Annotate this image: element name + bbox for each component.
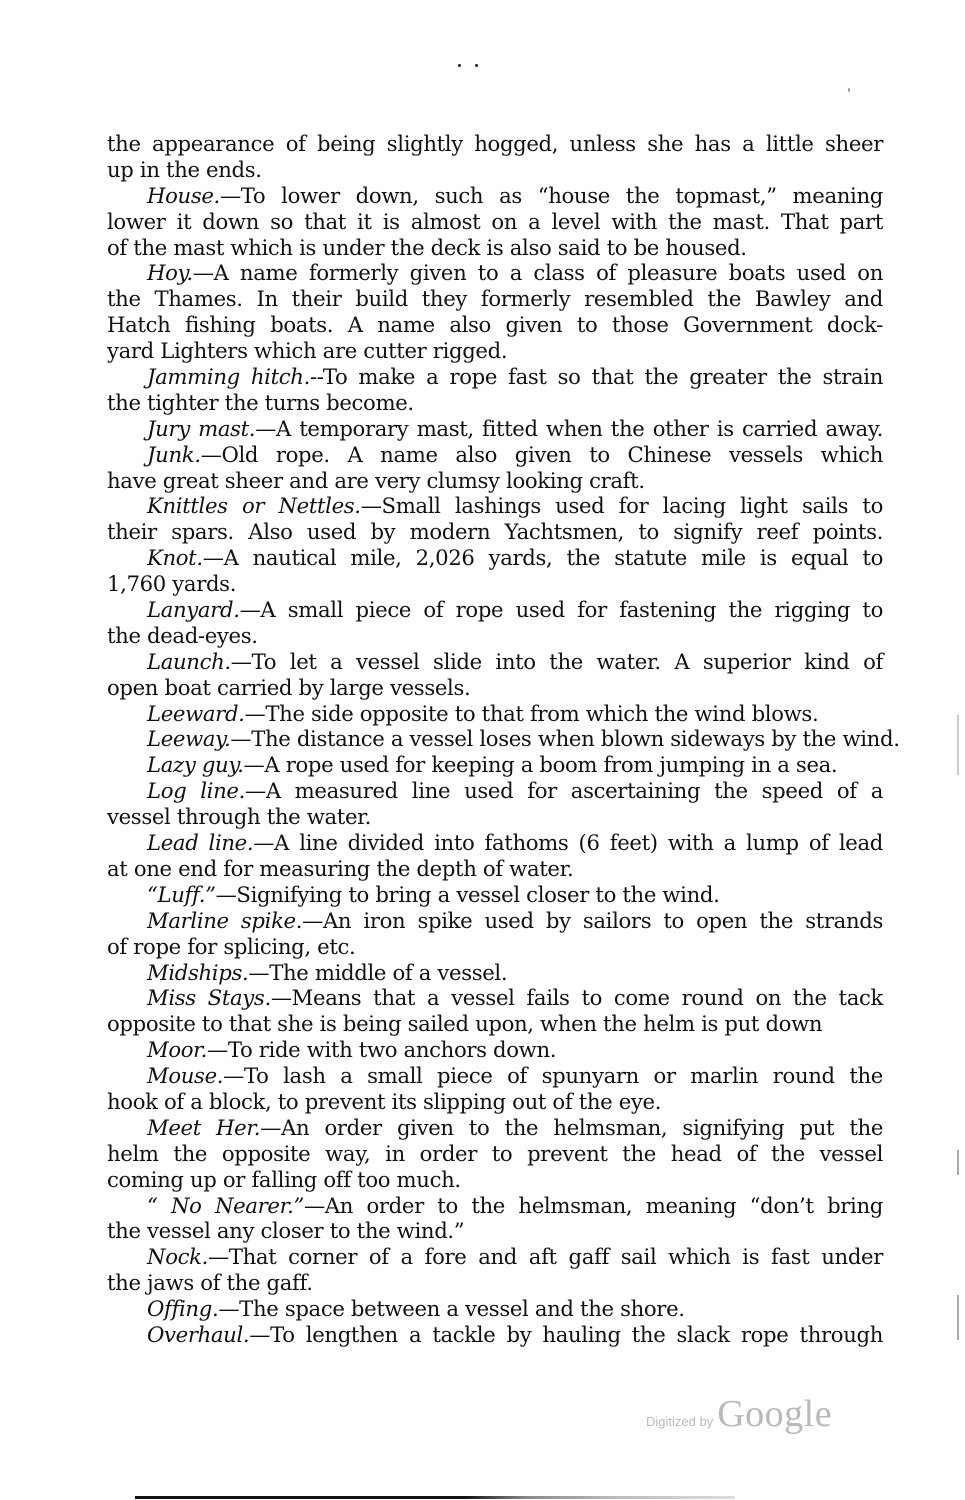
glossary-term: Jury mast. [147, 416, 255, 441]
glossary-term: Knot. [147, 545, 203, 570]
glossary-entry-line: Knittles or Nettles.—Small lashings used… [107, 493, 883, 519]
glossary-definition-text: —A measured line used for ascertaining t… [245, 778, 883, 803]
glossary-entry-line: Marline spike.—An iron spike used by sai… [107, 908, 883, 934]
glossary-definition-text: —An order given to the helmsman, signify… [260, 1115, 883, 1140]
glossary-entry-line: Moor.—To ride with two anchors down. [107, 1037, 883, 1063]
glossary-entry-line: Leeward.—The side opposite to that from … [107, 701, 883, 727]
glossary-continuation-line: have great sheer and are very clumsy loo… [107, 468, 883, 494]
glossary-entry-line: Meet Her.—An order given to the helmsman… [107, 1115, 883, 1141]
glossary-entry-line: Log line.—A measured line used for ascer… [107, 778, 883, 804]
glossary-definition-text: up in the ends. [107, 157, 262, 182]
glossary-term: Lazy guy. [147, 752, 244, 777]
glossary-term: Lead line. [147, 830, 253, 855]
glossary-continuation-line: their spars. Also used by modern Yachtsm… [107, 519, 883, 545]
glossary-term: Nock. [147, 1244, 208, 1269]
glossary-definition-text: hook of a block, to prevent its slipping… [107, 1089, 661, 1114]
glossary-definition-text: opposite to that she is being sailed upo… [107, 1011, 822, 1036]
glossary-entry-line: Offing.—The space between a vessel and t… [107, 1296, 883, 1322]
glossary-definition-text: —The middle of a vessel. [248, 960, 507, 985]
glossary-definition-text: —A temporary mast, fitted when the other… [255, 416, 883, 441]
glossary-definition-text: the jaws of the gaff. [107, 1270, 313, 1295]
glossary-term: Hoy. [147, 260, 193, 285]
glossary-definition-text: of rope for splicing, etc. [107, 934, 355, 959]
glossary-term: Knittles or Nettles. [147, 493, 361, 518]
glossary-entry-line: Miss Stays.—Means that a vessel fails to… [107, 985, 883, 1011]
glossary-definition-text: the appearance of being slightly hogged,… [107, 131, 883, 156]
glossary-definition-text: the dead-eyes. [107, 623, 258, 648]
glossary-term: Leeward. [147, 701, 245, 726]
glossary-term: Junk. [147, 442, 201, 467]
glossary-definition-text: of the mast which is under the deck is a… [107, 235, 747, 260]
glossary-definition-text: —Means that a vessel fails to come round… [271, 985, 883, 1010]
glossary-continuation-line: hook of a block, to prevent its slipping… [107, 1089, 883, 1115]
glossary-definition-text: Hatch fishing boats. A name also given t… [107, 312, 883, 337]
glossary-continuation-line: of the mast which is under the deck is a… [107, 235, 883, 261]
glossary-entry-line: Jamming hitch.--To make a rope fast so t… [107, 364, 883, 390]
glossary-definition-text: --To make a rope fast so that the greate… [310, 364, 883, 389]
glossary-continuation-line: up in the ends. [107, 157, 883, 183]
glossary-definition-text: —To lash a small piece of spunyarn or ma… [223, 1063, 883, 1088]
glossary-text: the appearance of being slightly hogged,… [107, 131, 883, 1348]
glossary-continuation-line: helm the opposite way, in order to preve… [107, 1141, 883, 1167]
bottom-scan-rule [135, 1496, 735, 1499]
glossary-entry-line: Lanyard.—A small piece of rope used for … [107, 597, 883, 623]
glossary-definition-text: coming up or falling off too much. [107, 1167, 461, 1192]
glossary-entry-line: Hoy.—A name formerly given to a class of… [107, 260, 883, 286]
glossary-definition-text: vessel through the water. [107, 804, 371, 829]
glossary-definition-text: the Thames. In their build they formerly… [107, 286, 883, 311]
glossary-entry-line: Overhaul.—To lengthen a tackle by haulin… [107, 1322, 883, 1348]
glossary-definition-text: have great sheer and are very clumsy loo… [107, 468, 645, 493]
digitized-by-google-watermark: Digitized by Google [646, 1392, 832, 1436]
glossary-definition-text: —A small piece of rope used for fastenin… [240, 597, 883, 622]
glossary-definition-text: —Signifying to bring a vessel closer to … [216, 882, 720, 907]
scan-speck [475, 64, 478, 67]
glossary-definition-text: at one end for measuring the depth of wa… [107, 856, 573, 881]
glossary-continuation-line: the tighter the turns become. [107, 390, 883, 416]
glossary-continuation-line: lower it down so that it is almost on a … [107, 209, 883, 235]
glossary-definition-text: the tighter the turns become. [107, 390, 414, 415]
glossary-entry-line: Knot.—A nautical mile, 2,026 yards, the … [107, 545, 883, 571]
watermark-prefix: Digitized by [646, 1414, 713, 1429]
glossary-definition-text: helm the opposite way, in order to preve… [107, 1141, 883, 1166]
scan-speck [848, 88, 850, 92]
glossary-term: Launch. [147, 649, 231, 674]
glossary-continuation-line: opposite to that she is being sailed upo… [107, 1011, 883, 1037]
glossary-term: Jamming hitch. [147, 364, 310, 389]
glossary-definition-text: 1,760 yards. [107, 571, 236, 596]
glossary-definition-text: —The space between a vessel and the shor… [218, 1296, 684, 1321]
glossary-definition-text: —An order to the helmsman, meaning “don’… [304, 1193, 883, 1218]
glossary-entry-line: Midships.—The middle of a vessel. [107, 960, 883, 986]
glossary-term: “ No Nearer.” [147, 1193, 304, 1218]
glossary-continuation-line: the Thames. In their build they formerly… [107, 286, 883, 312]
glossary-continuation-line: the vessel any closer to the wind.” [107, 1218, 883, 1244]
glossary-term: Overhaul. [147, 1322, 249, 1347]
glossary-definition-text: —A line divided into fathoms (6 feet) wi… [253, 830, 883, 855]
glossary-continuation-line: of rope for splicing, etc. [107, 934, 883, 960]
glossary-term: Log line. [147, 778, 245, 803]
glossary-continuation-line: Hatch fishing boats. A name also given t… [107, 312, 883, 338]
glossary-term: Midships. [147, 960, 248, 985]
scan-speck [458, 64, 461, 67]
glossary-entry-line: Jury mast.—A temporary mast, fitted when… [107, 416, 883, 442]
glossary-term: Marline spike. [147, 908, 302, 933]
glossary-entry-line: Lead line.—A line divided into fathoms (… [107, 830, 883, 856]
glossary-entry-line: Junk.—Old rope. A name also given to Chi… [107, 442, 883, 468]
glossary-entry-line: House.—To lower down, such as “house the… [107, 183, 883, 209]
glossary-definition-text: the vessel any closer to the wind.” [107, 1218, 464, 1243]
page-edge-mark [957, 1295, 959, 1340]
glossary-term: Moor. [147, 1037, 207, 1062]
glossary-term: Miss Stays. [147, 985, 271, 1010]
glossary-definition-text: —That corner of a fore and aft gaff sail… [208, 1244, 883, 1269]
glossary-continuation-line: yard Lighters which are cutter rigged. [107, 338, 883, 364]
glossary-definition-text: —A nautical mile, 2,026 yards, the statu… [203, 545, 883, 570]
glossary-entry-line: “ No Nearer.”—An order to the helmsman, … [107, 1193, 883, 1219]
glossary-entry-line: Mouse.—To lash a small piece of spunyarn… [107, 1063, 883, 1089]
glossary-entry-line: Launch.—To let a vessel slide into the w… [107, 649, 883, 675]
glossary-definition-text: —Old rope. A name also given to Chinese … [201, 442, 883, 467]
glossary-continuation-line: 1,760 yards. [107, 571, 883, 597]
glossary-definition-text: —A name formerly given to a class of ple… [193, 260, 883, 285]
glossary-term: “Luff.” [147, 882, 216, 907]
glossary-continuation-line: the appearance of being slightly hogged,… [107, 131, 883, 157]
glossary-definition-text: —The side opposite to that from which th… [245, 701, 819, 726]
glossary-definition-text: their spars. Also used by modern Yachtsm… [107, 519, 883, 544]
glossary-continuation-line: at one end for measuring the depth of wa… [107, 856, 883, 882]
glossary-definition-text: —To lengthen a tackle by hauling the sla… [249, 1322, 883, 1347]
glossary-entry-line: Nock.—That corner of a fore and aft gaff… [107, 1244, 883, 1270]
glossary-term: Offing. [147, 1296, 218, 1321]
glossary-continuation-line: the dead-eyes. [107, 623, 883, 649]
glossary-term: Leeway. [147, 726, 230, 751]
glossary-definition-text: —The distance a vessel loses when blown … [230, 726, 899, 751]
glossary-definition-text: —To ride with two anchors down. [207, 1037, 556, 1062]
glossary-term: Meet Her. [147, 1115, 260, 1140]
page-edge-mark [957, 1150, 959, 1175]
scanned-book-page: the appearance of being slightly hogged,… [0, 0, 965, 1500]
google-logo-text: Google [717, 1392, 832, 1436]
glossary-definition-text: yard Lighters which are cutter rigged. [107, 338, 507, 363]
glossary-definition-text: open boat carried by large vessels. [107, 675, 470, 700]
glossary-definition-text: —A rope used for keeping a boom from jum… [244, 752, 838, 777]
glossary-continuation-line: open boat carried by large vessels. [107, 675, 883, 701]
glossary-term: Lanyard. [147, 597, 240, 622]
glossary-continuation-line: vessel through the water. [107, 804, 883, 830]
glossary-continuation-line: the jaws of the gaff. [107, 1270, 883, 1296]
glossary-definition-text: —An iron spike used by sailors to open t… [302, 908, 883, 933]
glossary-definition-text: —To lower down, such as “house the topma… [220, 183, 883, 208]
glossary-entry-line: Leeway.—The distance a vessel loses when… [107, 726, 883, 752]
glossary-term: Mouse. [147, 1063, 223, 1088]
glossary-entry-line: “Luff.”—Signifying to bring a vessel clo… [107, 882, 883, 908]
glossary-term: House. [147, 183, 220, 208]
glossary-definition-text: —To let a vessel slide into the water. A… [231, 649, 883, 674]
glossary-definition-text: —Small lashings used for lacing light sa… [361, 493, 883, 518]
page-edge-mark [957, 715, 959, 775]
glossary-definition-text: lower it down so that it is almost on a … [107, 209, 883, 234]
glossary-entry-line: Lazy guy.—A rope used for keeping a boom… [107, 752, 883, 778]
glossary-continuation-line: coming up or falling off too much. [107, 1167, 883, 1193]
